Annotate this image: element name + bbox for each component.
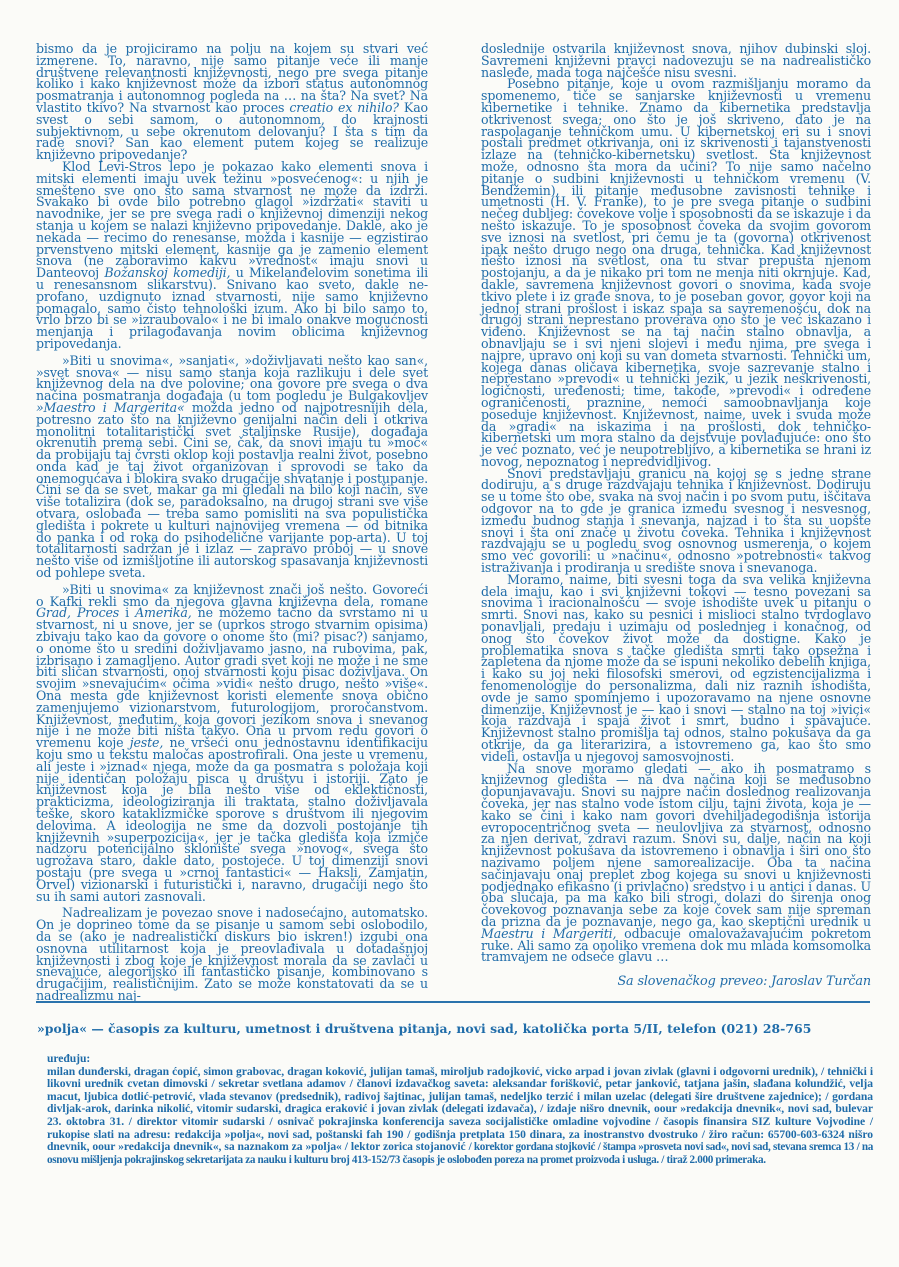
magazine-page: bismo da je projiciramo na polju na koje… (0, 0, 899, 1267)
paragraph-text: Moramo, naime, biti svesni toga da sva v… (481, 572, 871, 764)
article-paragraph: »Biti u snovima« za književnost znači jo… (36, 584, 428, 903)
masthead: »polja« — časopis za kulturu, umetnost i… (37, 1021, 877, 1036)
paragraph-text: Snovi predstavljaju granicu na kojoj se … (481, 466, 871, 575)
paragraph-text: Na snove moramo gledati — ako ih posmatr… (481, 761, 871, 929)
section-divider (36, 1001, 870, 1003)
article-paragraph: Moramo, naime, biti svesni toga da sva v… (481, 574, 871, 763)
paragraph-text: Klod Levi-Stros lepo je pokazao kako ele… (36, 159, 428, 280)
paragraph-text: ne možemo tačno da svrstamo ni u stvarno… (36, 605, 428, 750)
article-paragraph: »Biti u snovima«, »sanjati«, »doživljava… (36, 355, 428, 579)
article-paragraph: Posebno pitanje, koje u ovom razmišljanj… (481, 78, 871, 467)
article-paragraph: Klod Levi-Stros lepo je pokazao kako ele… (36, 161, 428, 350)
article-paragraph: doslednije ostvarila književnost snova, … (481, 43, 871, 78)
paragraph-text: doslednije ostvarila književnost snova, … (481, 41, 871, 80)
right-column-body: doslednije ostvarila književnost snova, … (481, 43, 871, 963)
article-left-column: bismo da je projiciramo na polju na koje… (36, 43, 428, 1002)
article-paragraph: Snovi predstavljaju granicu na kojoj se … (481, 468, 871, 574)
paragraph-text: Nadrealizam je povezao snove i nadosećaj… (36, 905, 428, 1003)
paragraph-text: možda jedno od najpotresnijih dela, potr… (36, 400, 428, 580)
paragraph-text: ne vršeći onu jednostavnu identifikaciju… (36, 735, 428, 903)
paragraph-text: Posebno pitanje, koje u ovom razmišljanj… (481, 76, 871, 469)
article-paragraph: bismo da je projiciramo na polju na koje… (36, 43, 428, 161)
paragraph-text: u Mikelanđelovim sonetima ili u renesans… (36, 265, 428, 351)
article-paragraph: Na snove moramo gledati — ako ih posmatr… (481, 763, 871, 964)
credits-main: milan dunđerski, dragan ćopić, simon gra… (47, 1065, 873, 1154)
article-paragraph: Nadrealizam je povezao snove i nadosećaj… (36, 907, 428, 1001)
translator-credit: Sa slovenačkog preveo: Jaroslav Turčan (481, 976, 871, 988)
colophon-credits: uređuju: milan dunđerski, dragan ćopić, … (47, 1053, 873, 1166)
paragraph-text: »Biti u snovima«, »sanjati«, »doživljava… (36, 353, 428, 403)
article-right-column: doslednije ostvarila književnost snova, … (481, 43, 871, 988)
